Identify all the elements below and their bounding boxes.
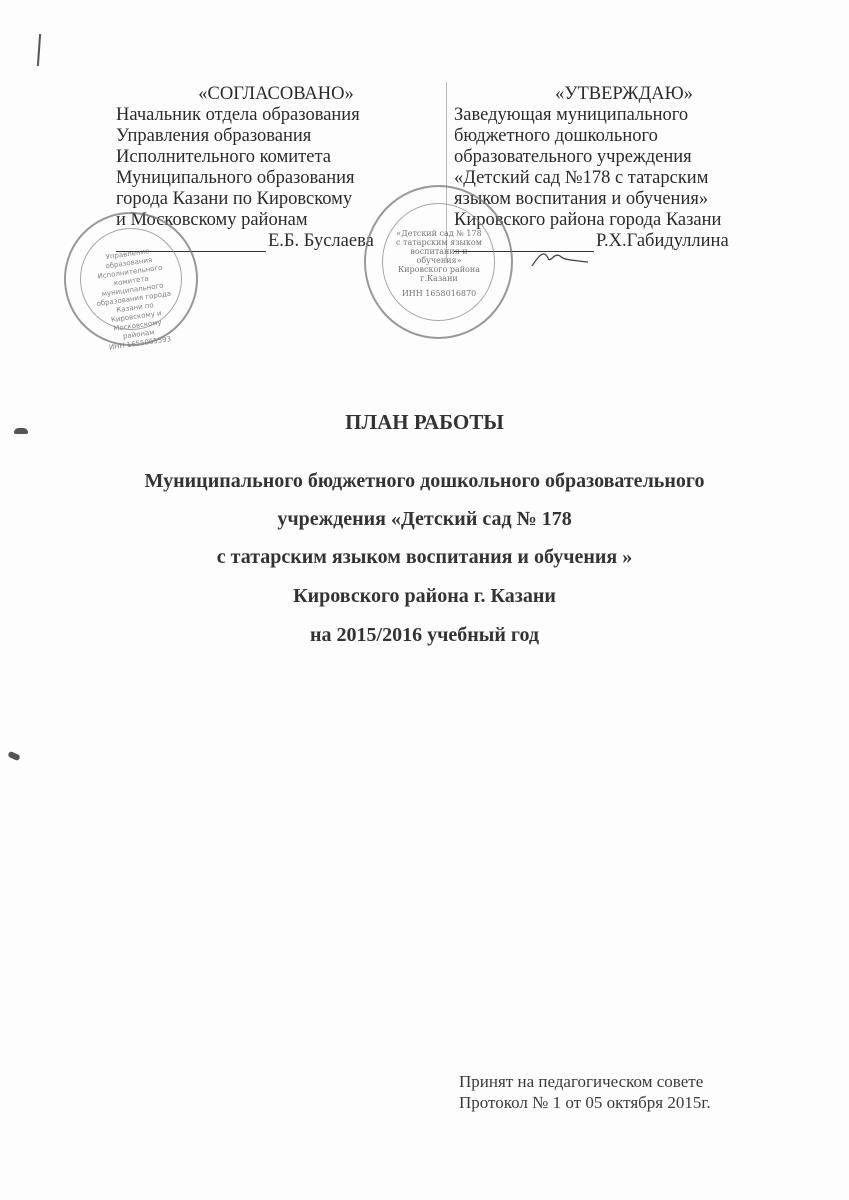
title-line: с татарским языком воспитания и обучения… [0, 546, 849, 569]
scan-artifact-mark [7, 751, 20, 762]
stamp-text: Управление образования Исполнительного к… [88, 245, 179, 354]
approved-line: «Детский сад №178 с татарским [454, 168, 794, 189]
title-line: Кировского района г. Казани [0, 585, 849, 608]
adoption-note: Принят на педагогическом совете Протокол… [459, 1071, 711, 1113]
approved-signatory: Р.Х.Габидуллина [596, 231, 729, 252]
approved-line: бюджетного дошкольного [454, 126, 794, 147]
agreed-line: Муниципального образования [116, 168, 436, 189]
title-line: учреждения «Детский сад № 178 [0, 508, 849, 531]
agreed-line: Управления образования [116, 126, 436, 147]
title-line: на 2015/2016 учебный год [0, 624, 849, 647]
handwritten-signature [530, 248, 590, 270]
agreed-header: «СОГЛАСОВАНО» [116, 84, 406, 105]
stamp-text: «Детский сад № 178 с татарским языком во… [394, 229, 484, 298]
approved-line: языком воспитания и обучения» [454, 189, 794, 210]
official-stamp-right: «Детский сад № 178 с татарским языком во… [364, 185, 513, 339]
approved-line: Заведующая муниципального [454, 105, 794, 126]
protocol-line: Протокол № 1 от 05 октября 2015г. [459, 1092, 711, 1113]
agreed-line: Начальник отдела образования [116, 105, 436, 126]
agreed-line: Исполнительного комитета [116, 147, 436, 168]
scan-artifact-line [37, 34, 41, 66]
approved-line: образовательного учреждения [454, 147, 794, 168]
agreed-signatory: Е.Б. Буслаева [268, 231, 374, 252]
title-line: Муниципального бюджетного дошкольного об… [0, 470, 849, 493]
adoption-line: Принят на педагогическом совете [459, 1071, 711, 1092]
approved-header: «УТВЕРЖДАЮ» [454, 84, 794, 105]
document-title: ПЛАН РАБОТЫ [0, 410, 849, 435]
